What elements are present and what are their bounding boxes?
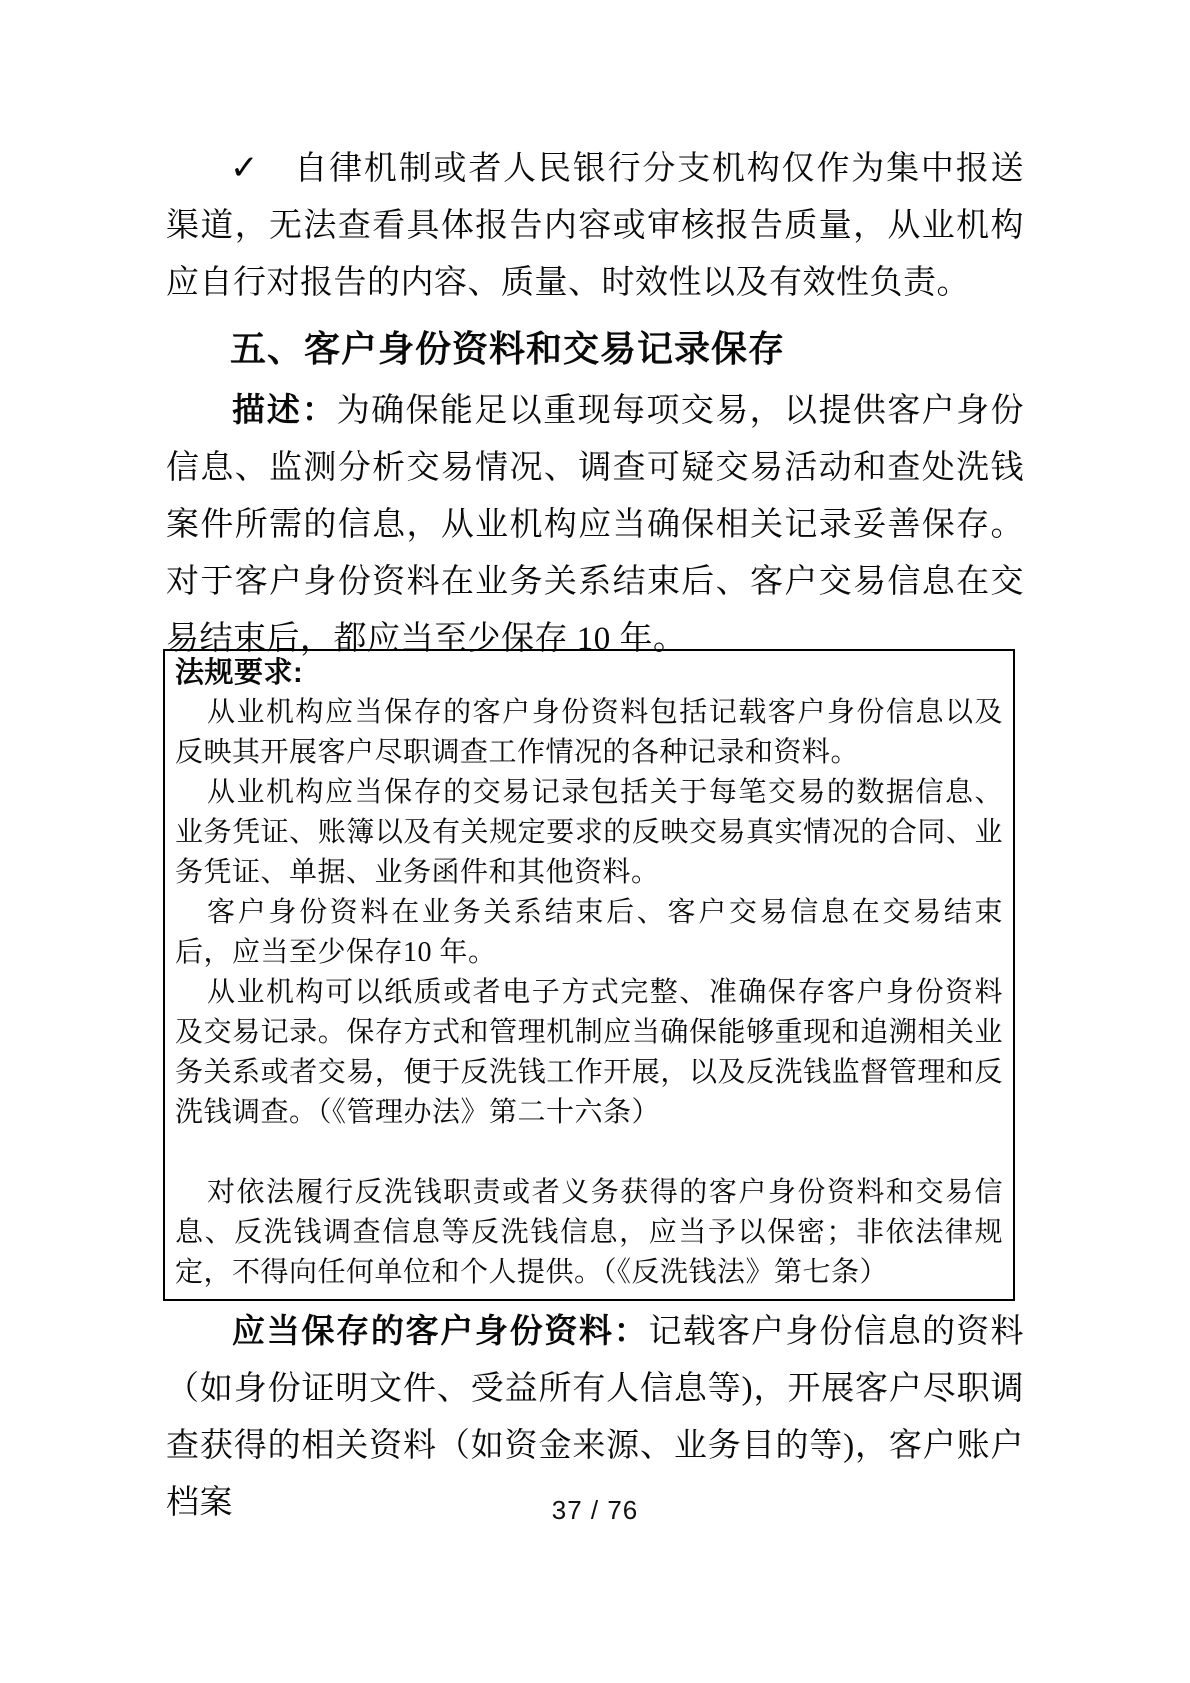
document-page: ✓自律机制或者人民银行分支机构仅作为集中报送渠道，无法查看具体报告内容或审核报告…: [0, 0, 1190, 1683]
regulation-box: 法规要求: 从业机构应当保存的客户身份资料包括记载客户身份信息以及反映其开展客户…: [163, 649, 1015, 1301]
regulation-paragraph: 客户身份资料在业务关系结束后、客户交易信息在交易结束后，应当至少保存10 年。: [175, 893, 1003, 973]
description-text: 为确保能足以重现每项交易，以提供客户身份信息、监测分析交易情况、调查可疑交易活动…: [166, 393, 1024, 657]
regulation-paragraph: 对依法履行反洗钱职责或者义务获得的客户身份资料和交易信息、反洗钱调查信息等反洗钱…: [175, 1173, 1003, 1293]
regulation-paragraph: 从业机构应当保存的客户身份资料包括记载客户身份信息以及反映其开展客户尽职调查工作…: [175, 693, 1003, 773]
description-label: 描述：: [232, 391, 337, 428]
regulation-paragraph: 从业机构可以纸质或者电子方式完整、准确保存客户身份资料及交易记录。保存方式和管理…: [175, 973, 1003, 1133]
page-footer: 37 / 76: [0, 1494, 1190, 1526]
bullet-paragraph-text: 自律机制或者人民银行分支机构仅作为集中报送渠道，无法查看具体报告内容或审核报告质…: [166, 151, 1024, 301]
regulation-paragraph: 从业机构应当保存的交易记录包括关于每笔交易的数据信息、业务凭证、账簿以及有关规定…: [175, 773, 1003, 893]
checkmark-icon: ✓: [230, 148, 294, 188]
bullet-paragraph: ✓自律机制或者人民银行分支机构仅作为集中报送渠道，无法查看具体报告内容或审核报告…: [166, 140, 1024, 312]
regulation-box-title: 法规要求:: [175, 653, 1003, 693]
retention-label: 应当保存的客户身份资料：: [232, 1312, 648, 1349]
description-paragraph: 描述：为确保能足以重现每项交易，以提供客户身份信息、监测分析交易情况、调查可疑交…: [166, 381, 1024, 668]
blank-line: [175, 1133, 1003, 1173]
page-number: 37 / 76: [552, 1495, 639, 1525]
section-heading: 五、客户身份资料和交易记录保存: [166, 320, 1024, 378]
